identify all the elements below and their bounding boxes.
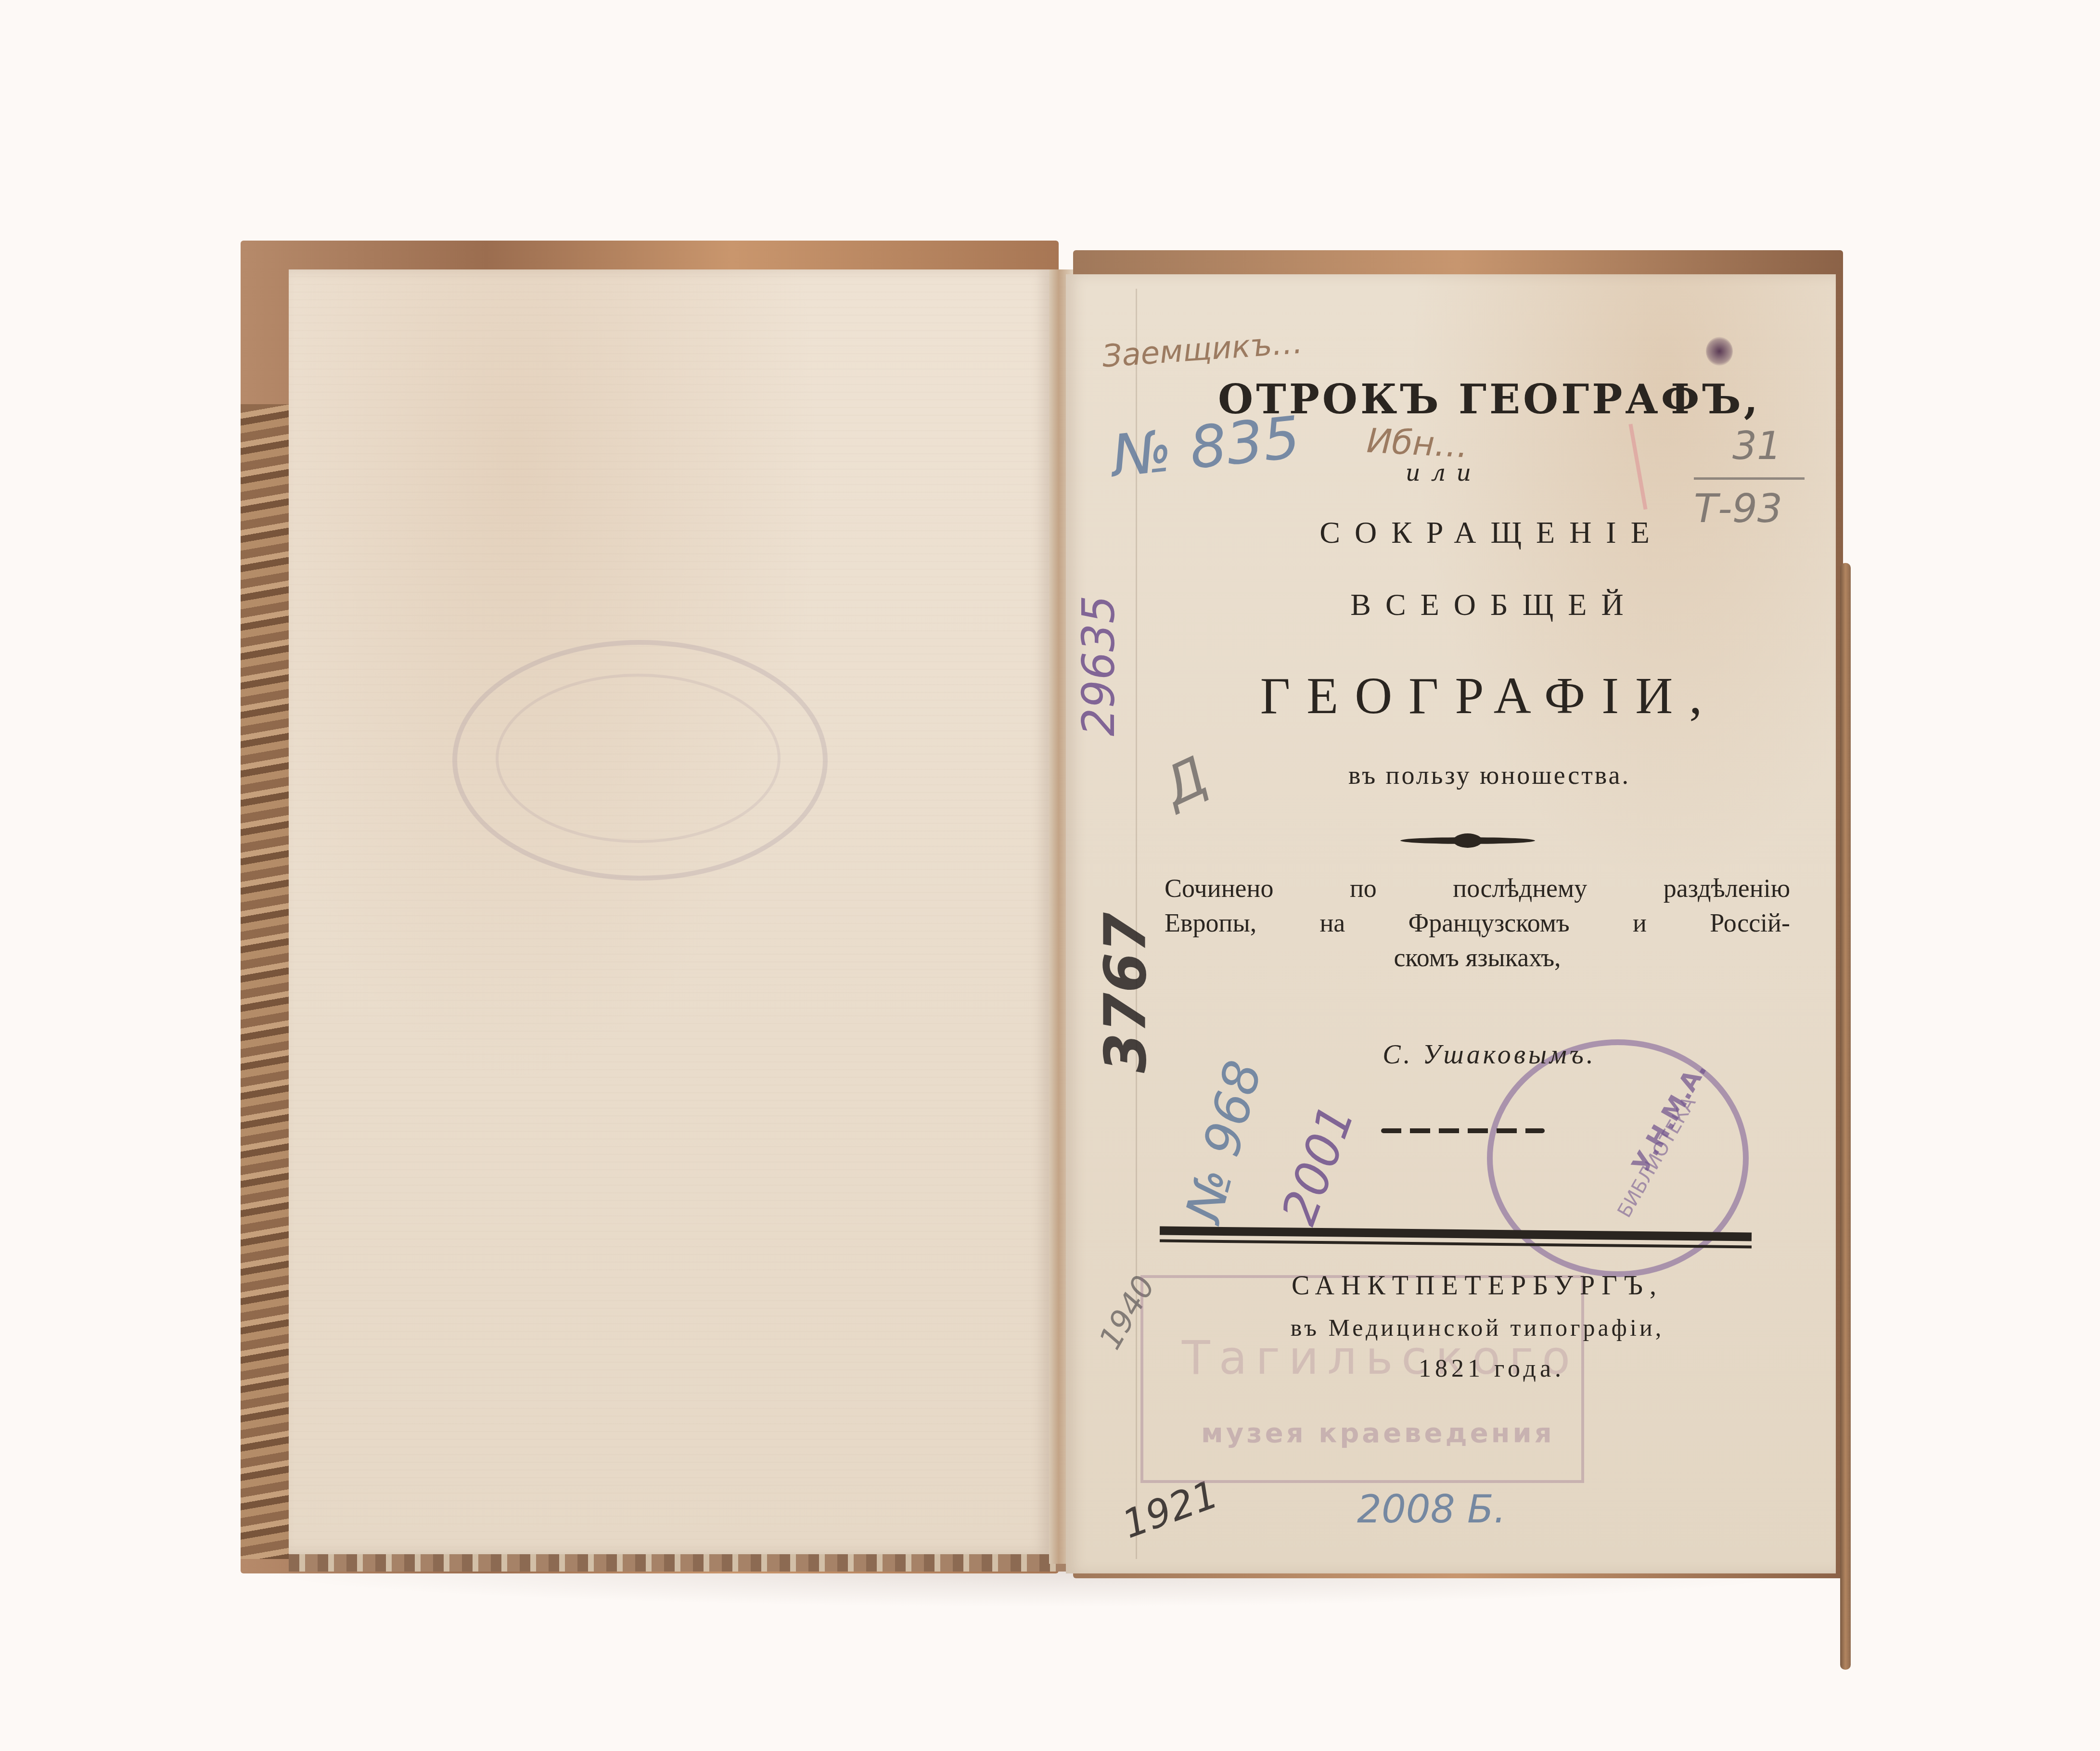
handwritten-brown-scrawl: Ибн…	[1366, 421, 1469, 466]
imprint-year: 1821 года.	[1275, 1355, 1708, 1383]
body-line-1: Сочинено по послѣднему раздѣленію	[1165, 871, 1790, 906]
author-line: С. Ушаковымъ.	[1213, 1039, 1766, 1070]
fraction-bar	[1694, 477, 1805, 480]
violet-ink-blot	[1706, 337, 1733, 366]
marbled-cover-edge	[241, 404, 294, 1559]
title-line-5: ГЕОГРАФІИ,	[1213, 666, 1766, 726]
handwritten-fraction-top: 31	[1732, 423, 1781, 468]
laid-paper-lines	[289, 269, 1049, 1554]
ornamental-rule	[1400, 837, 1535, 844]
title-line-1: ОТРОКЪ ГЕОГРАФЪ,	[1213, 375, 1766, 423]
body-line-2: Европы, на Французскомъ и Россій-	[1165, 906, 1790, 940]
cover-right-edge	[1840, 563, 1851, 1670]
left-flyleaf-page	[289, 269, 1049, 1554]
title-line-2: или	[1347, 460, 1540, 486]
handwritten-inventory-number: 29635	[1073, 595, 1125, 736]
handwritten-bottom-code: 2008 Б.	[1357, 1487, 1506, 1532]
title-line-3: СОКРАЩЕНІЕ	[1251, 515, 1732, 550]
subtitle: въ пользу юношества.	[1213, 760, 1766, 790]
wavy-ornament	[1381, 1128, 1545, 1133]
imprint-city: САНКТПЕТЕРБУРГЪ,	[1213, 1270, 1742, 1301]
stamp-line-2: музея краеведения	[1201, 1418, 1555, 1449]
imprint-printer: въ Медицинской типографіи,	[1165, 1314, 1790, 1342]
ghost-oval-stamp-inner	[496, 674, 781, 843]
title-line-4: ВСЕОБЩЕЙ	[1266, 587, 1723, 623]
body-paragraph: Сочинено по послѣднему раздѣленію Европы…	[1165, 871, 1790, 975]
round-library-stamp: У.Н.М.А. БИБЛИОТЕКА	[1487, 1039, 1749, 1277]
handwritten-crossed-number: 3767	[1092, 912, 1159, 1073]
body-line-3: скомъ языкахъ,	[1165, 940, 1790, 975]
